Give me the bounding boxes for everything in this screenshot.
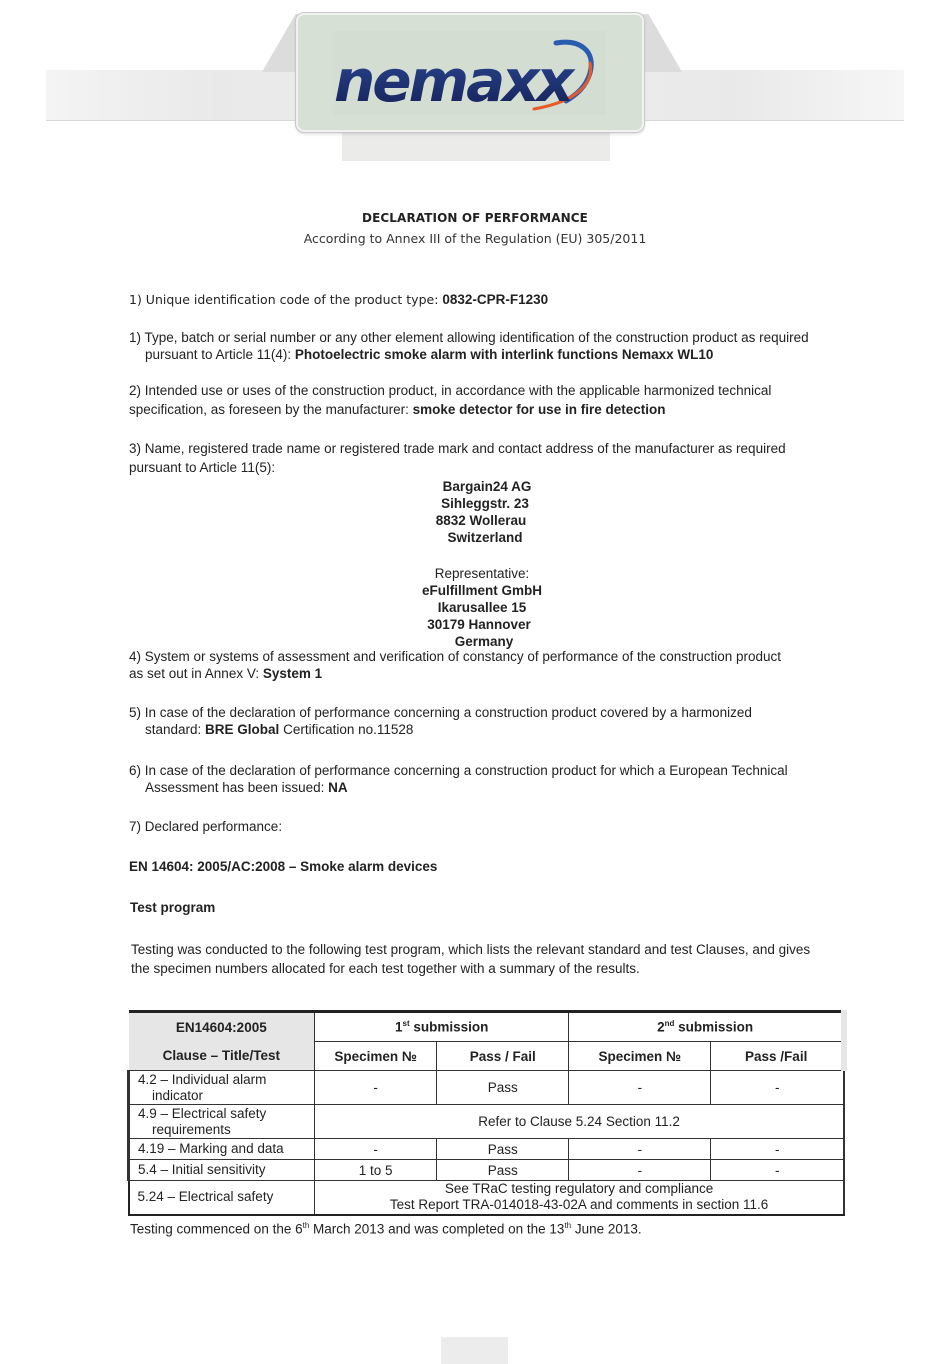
cell: - [569,1071,711,1105]
submission-label: submission [410,1020,489,1035]
manufacturer-country: Switzerland [330,529,640,546]
merged-text: Test Report TRA-014018-43-02A and commen… [319,1197,839,1213]
section-text: pursuant to Article 11(5): [129,458,869,477]
page-footer-tab [441,1337,508,1364]
section-text: 4) System or systems of assessment and v… [129,648,869,665]
clause-header: Clause – Title/Test [129,1042,315,1071]
col-header: Specimen № [315,1042,437,1071]
table-row: 4.2 – Individual alarmindicator - Pass -… [129,1071,845,1105]
cell: - [315,1071,437,1105]
merged-text: See TRaC testing regulatory and complian… [319,1181,839,1197]
standard-header: EN14604:2005 [129,1012,315,1042]
manufacturer-address: Bargain24 AG Sihleggstr. 23 8832 Wollera… [330,478,640,546]
section-text: specification, as foreseen by the manufa… [129,402,413,417]
merged-cell: See TRaC testing regulatory and complian… [315,1181,844,1215]
section-text: the specimen numbers allocated for each … [131,959,871,978]
nemaxx-logo: nemaxx [296,13,644,132]
cell: - [315,1139,437,1160]
clause-cell: 5.4 – Initial sensitivity [129,1160,315,1181]
representative-label: Representative: [330,565,640,582]
product-code: 0832-CPR-F1230 [442,292,548,307]
table-row: 4.19 – Marking and data - Pass - - [129,1139,845,1160]
section-intended-use: 2) Intended use or uses of the construct… [129,381,869,419]
cell: Pass [437,1071,569,1105]
cell: - [569,1139,711,1160]
table-row: 5.24 – Electrical safety See TRaC testin… [129,1181,845,1215]
section-text: pursuant to Article 11(4): [145,347,295,362]
product-type: Photoelectric smoke alarm with interlink… [295,347,714,362]
document-subtitle: According to Annex III of the Regulation… [0,231,950,246]
col-header: Pass /Fail [711,1042,844,1071]
header-underplate [342,128,610,161]
cell: - [569,1160,711,1181]
avcp-system: System 1 [263,666,322,681]
representative-street: Ikarusallee 15 [330,599,640,616]
manufacturer-street: Sihleggstr. 23 [330,495,640,512]
cell: - [711,1160,844,1181]
section-text: standard: [145,722,205,737]
section-text: 2) Intended use or uses of the construct… [129,381,869,400]
testing-dates-note: Testing commenced on the 6th March 2013 … [130,1221,642,1237]
notified-body: BRE Global [205,722,279,737]
intended-use: smoke detector for use in fire detection [413,402,666,417]
ordinal: 2 [657,1020,665,1035]
table-row: 5.4 – Initial sensitivity 1 to 5 Pass - … [129,1160,845,1181]
eta-value: NA [328,780,348,795]
section-declared-performance: 7) Declared performance: [129,818,869,835]
representative-city: 30179 Hannover [330,616,640,633]
second-submission-header: 2nd submission [569,1012,844,1042]
cell: - [711,1071,844,1105]
section-unique-id: 1) Unique identification code of the pro… [129,291,869,308]
standard-heading: EN 14604: 2005/AC:2008 – Smoke alarm dev… [129,858,869,875]
cell: - [711,1139,844,1160]
manufacturer-city: 8832 Wollerau [330,512,640,529]
manufacturer-name: Bargain24 AG [330,478,640,495]
test-results-table: EN14604:2005 1st submission 2nd submissi… [127,1010,847,1216]
section-manufacturer: 3) Name, registered trade name or regist… [129,439,869,477]
nemaxx-logo-icon: nemaxx [328,29,608,119]
col-header: Pass / Fail [437,1042,569,1071]
submission-label: submission [674,1020,753,1035]
cell: Pass [437,1139,569,1160]
test-program-heading: Test program [130,899,870,916]
clause-cell: 5.24 – Electrical safety [129,1181,315,1215]
ordinal: 1 [395,1020,403,1035]
clause-title: requirements [138,1122,310,1138]
certification-number: Certification no.11528 [279,722,413,737]
ordinal-suffix: nd [665,1019,675,1028]
document-title: DECLARATION OF PERFORMANCE [0,211,950,225]
clause-cell: 4.2 – Individual alarmindicator [129,1071,315,1105]
clause-cell: 4.19 – Marking and data [129,1139,315,1160]
merged-cell: Refer to Clause 5.24 Section 11.2 [315,1105,844,1139]
svg-text:nemaxx: nemaxx [334,47,576,115]
section-text: as set out in Annex V: [129,666,263,681]
note-text: Testing commenced on the 6 [130,1222,303,1237]
ordinal-suffix: st [403,1019,410,1028]
section-label: 1) Unique identification code of the pro… [129,292,442,307]
cell: 1 to 5 [315,1160,437,1181]
representative-address: Representative: eFulfillment GmbH Ikarus… [330,565,640,650]
note-text: June 2013. [571,1222,642,1237]
section-text: 3) Name, registered trade name or regist… [129,439,869,458]
first-submission-header: 1st submission [315,1012,569,1042]
clause-cell: 4.9 – Electrical safetyrequirements [129,1105,315,1139]
section-text: Assessment has been issued: [145,780,328,795]
section-text: 5) In case of the declaration of perform… [129,704,869,721]
cell: Pass [437,1160,569,1181]
section-text: 6) In case of the declaration of perform… [129,762,869,779]
section-eta: 6) In case of the declaration of perform… [129,762,869,796]
clause-title: 4.9 – Electrical safety [138,1106,266,1121]
test-program-description: Testing was conducted to the following t… [131,940,871,978]
representative-name: eFulfillment GmbH [330,582,640,599]
section-text: Testing was conducted to the following t… [131,940,871,959]
section-harmonized-standard: 5) In case of the declaration of perform… [129,704,869,738]
col-header: Specimen № [569,1042,711,1071]
clause-title: 4.2 – Individual alarm [138,1072,266,1087]
note-text: March 2013 and was completed on the 13 [309,1222,564,1237]
section-avcp-system: 4) System or systems of assessment and v… [129,648,869,682]
table-row: 4.9 – Electrical safetyrequirements Refe… [129,1105,845,1139]
clause-title: indicator [138,1088,310,1104]
section-type-batch: 1) Type, batch or serial number or any o… [129,329,869,363]
section-text: 1) Type, batch or serial number or any o… [129,329,869,346]
